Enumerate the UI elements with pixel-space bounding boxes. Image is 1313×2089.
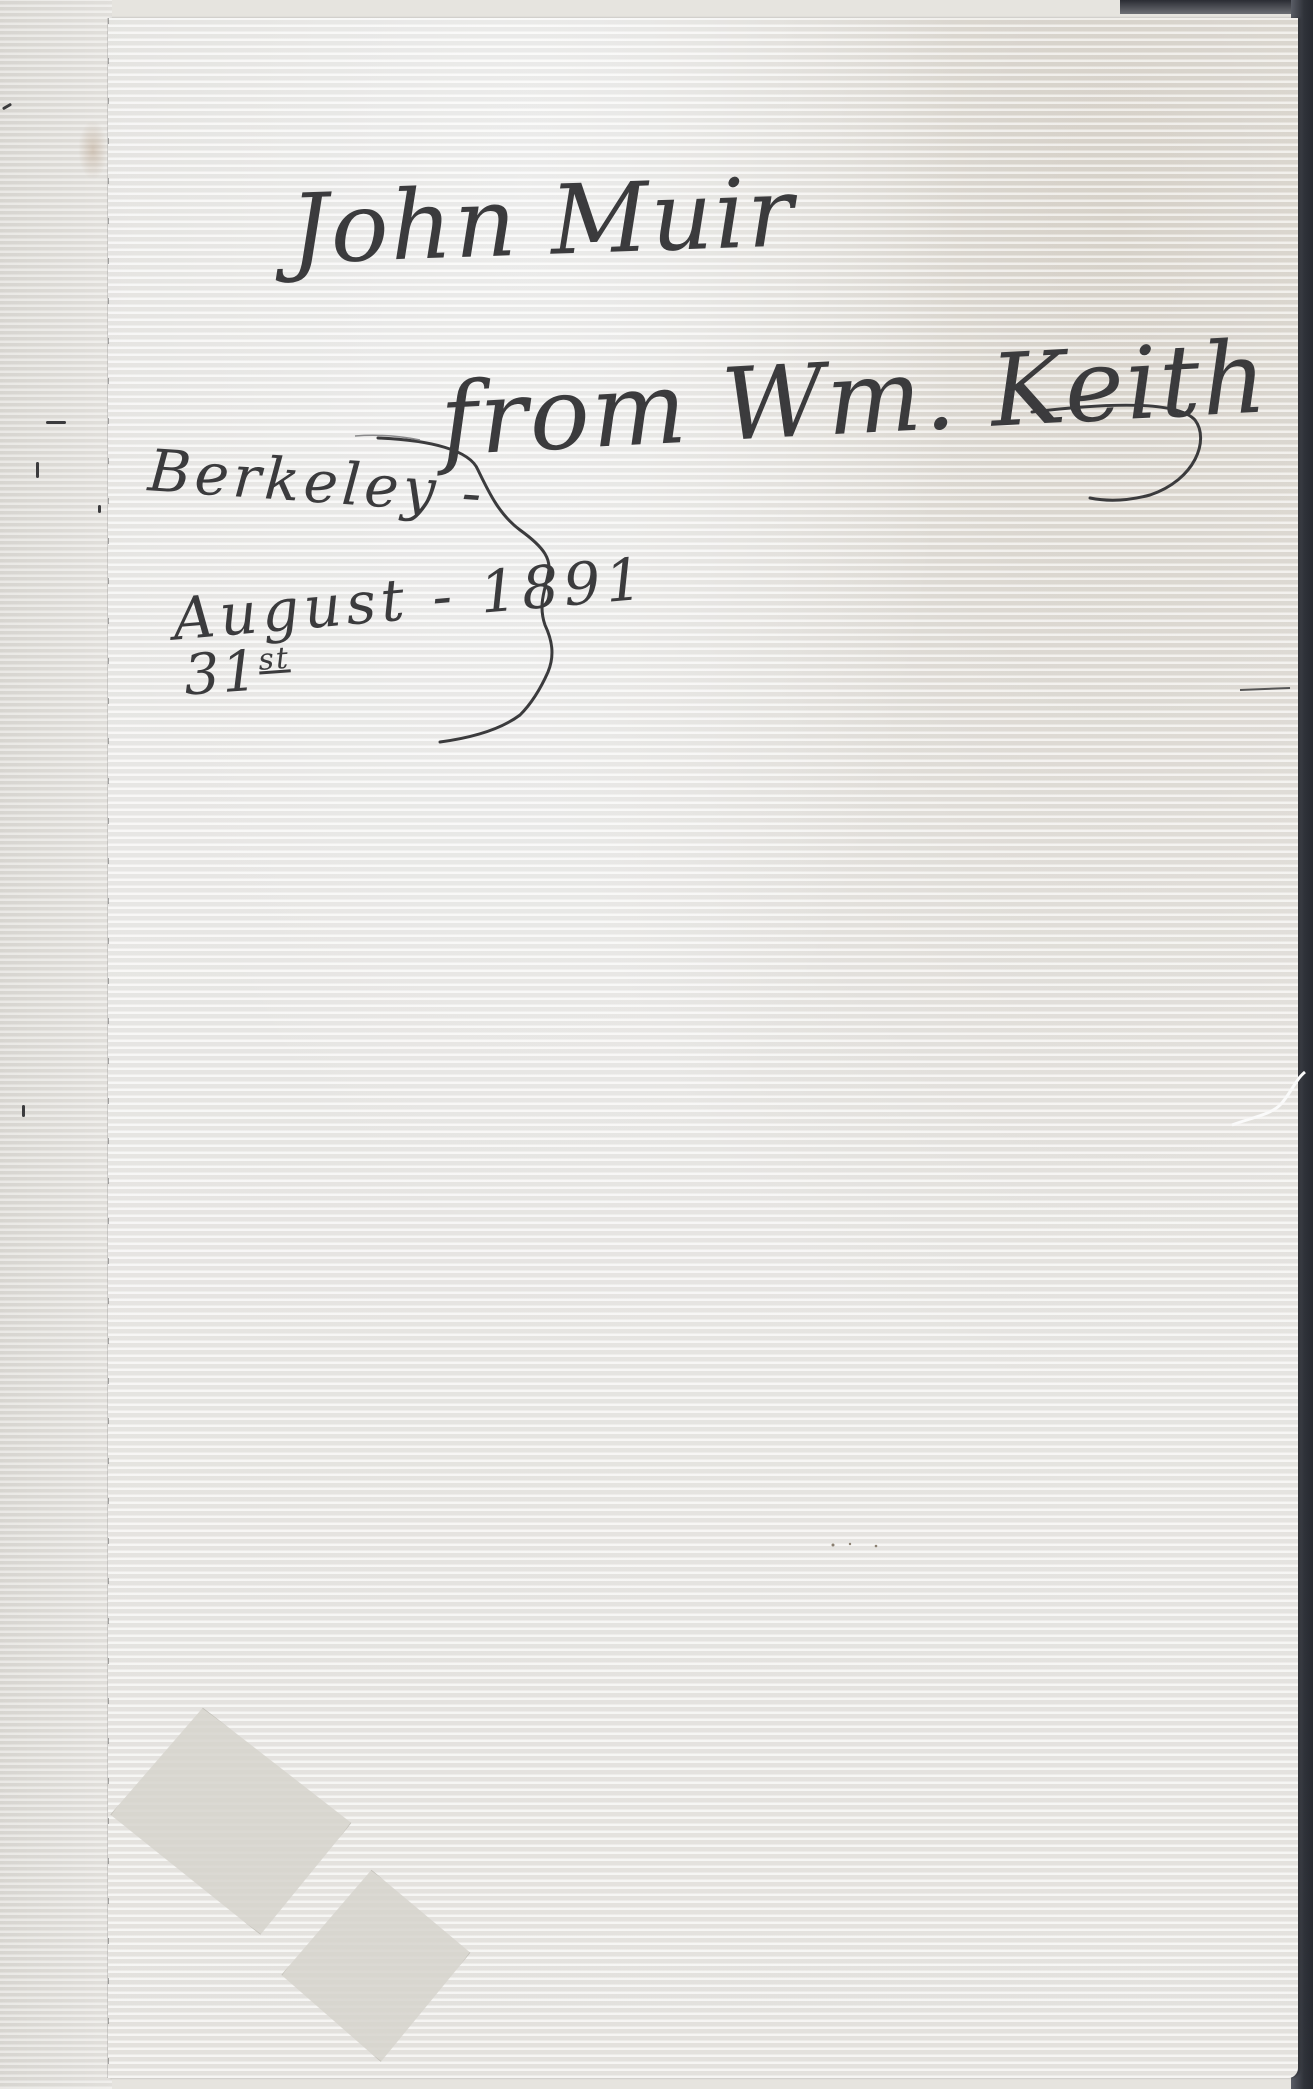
foxing-stain bbox=[78, 120, 108, 180]
inscription-day: 31st bbox=[182, 636, 293, 708]
photo-stage: John Muir from Wm. Keith Berkeley - Augu… bbox=[0, 0, 1313, 2089]
margin-mark bbox=[98, 505, 101, 513]
margin-mark bbox=[36, 462, 39, 478]
margin-mark bbox=[46, 421, 66, 424]
inscription-day-suffix: st bbox=[257, 641, 291, 678]
inscription-day-number: 31 bbox=[182, 639, 262, 709]
paper-specks bbox=[828, 1540, 888, 1550]
background-top bbox=[1120, 0, 1313, 14]
margin-mark bbox=[22, 1105, 25, 1117]
page-gutter-edge bbox=[108, 18, 109, 2078]
previous-leaf-strip bbox=[0, 0, 112, 2089]
inscription-recipient: John Muir bbox=[288, 156, 797, 286]
